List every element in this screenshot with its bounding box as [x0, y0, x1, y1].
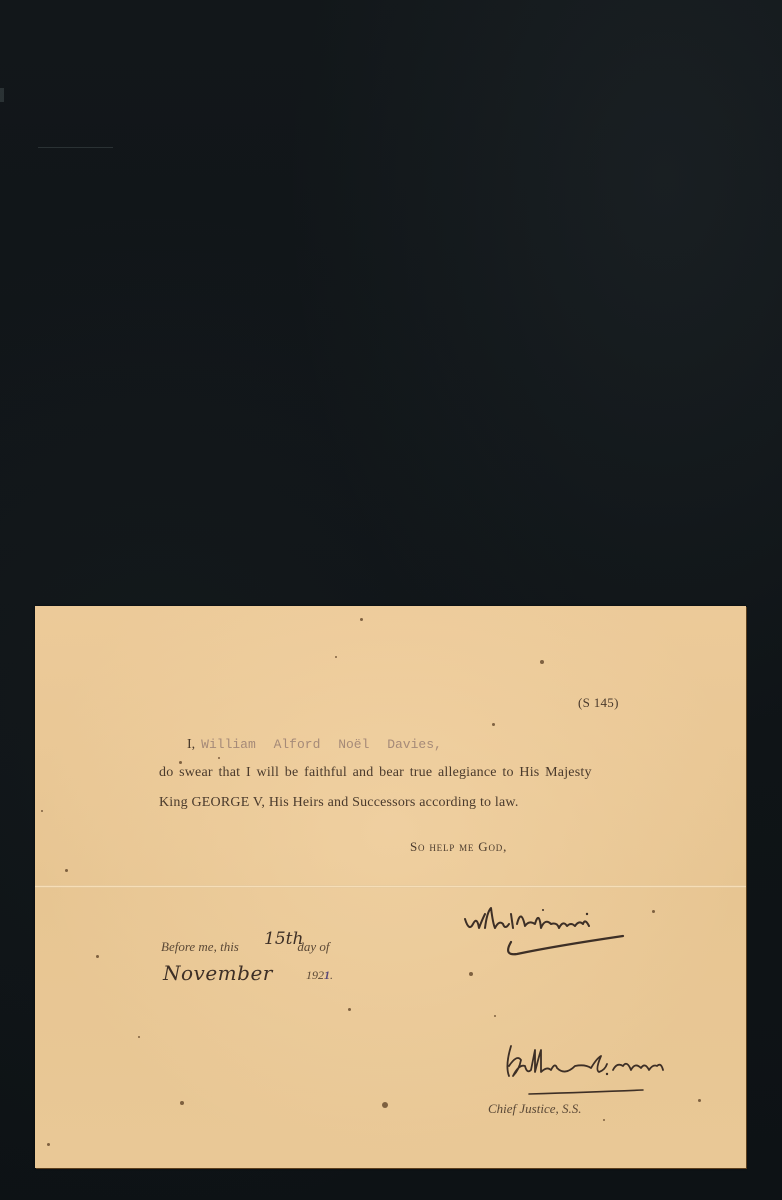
declarant-name: William Alford Noël Davies,: [201, 737, 442, 752]
foxing-spot: [47, 1143, 50, 1146]
declarant-signature: [455, 894, 635, 964]
oath-document: (S 145) I,William Alford Noël Davies, do…: [35, 606, 746, 1168]
foxing-spot: [494, 1015, 496, 1017]
foxing-spot: [603, 1119, 605, 1121]
year-prefix: 192: [306, 968, 324, 982]
attestation-prefix: Before me, this: [161, 939, 239, 954]
foxing-spot: [348, 1008, 351, 1011]
oath-text-line-2: King GEORGE V, His Heirs and Successors …: [159, 795, 519, 811]
form-number: (S 145): [578, 695, 619, 711]
foxing-spot: [218, 757, 220, 759]
background-scratch: [0, 88, 4, 102]
foxing-spot: [492, 723, 495, 726]
attestation-day: 15th: [264, 929, 303, 949]
attestation-month: November: [163, 961, 273, 985]
foxing-spot: [382, 1102, 388, 1108]
foxing-spot: [41, 810, 43, 812]
attestation-line-1: Before me, this day of: [161, 939, 330, 955]
official-signature: [495, 1036, 675, 1096]
foxing-spot: [360, 618, 363, 621]
foxing-spot: [180, 1101, 184, 1105]
foxing-spot: [179, 761, 182, 764]
foxing-spot: [65, 869, 68, 872]
paper-fold-line: [35, 885, 746, 888]
foxing-spot: [540, 660, 544, 664]
foxing-spot: [138, 1036, 140, 1038]
foxing-spot: [698, 1099, 701, 1102]
attestation-year: 1921.: [306, 968, 333, 983]
foxing-spot: [96, 955, 99, 958]
foxing-spot: [335, 656, 337, 658]
background-scratch: [38, 147, 113, 148]
oath-closing: So help me God,: [410, 839, 507, 855]
declarant-prefix: I,: [187, 737, 195, 752]
foxing-spot: [469, 972, 473, 976]
foxing-spot: [652, 910, 655, 913]
official-title: Chief Justice, S.S.: [488, 1101, 582, 1117]
declarant-line: I,William Alford Noël Davies,: [187, 737, 442, 753]
oath-text-line-1: do swear that I will be faithful and bea…: [159, 765, 592, 781]
year-trailing: .: [330, 968, 333, 982]
